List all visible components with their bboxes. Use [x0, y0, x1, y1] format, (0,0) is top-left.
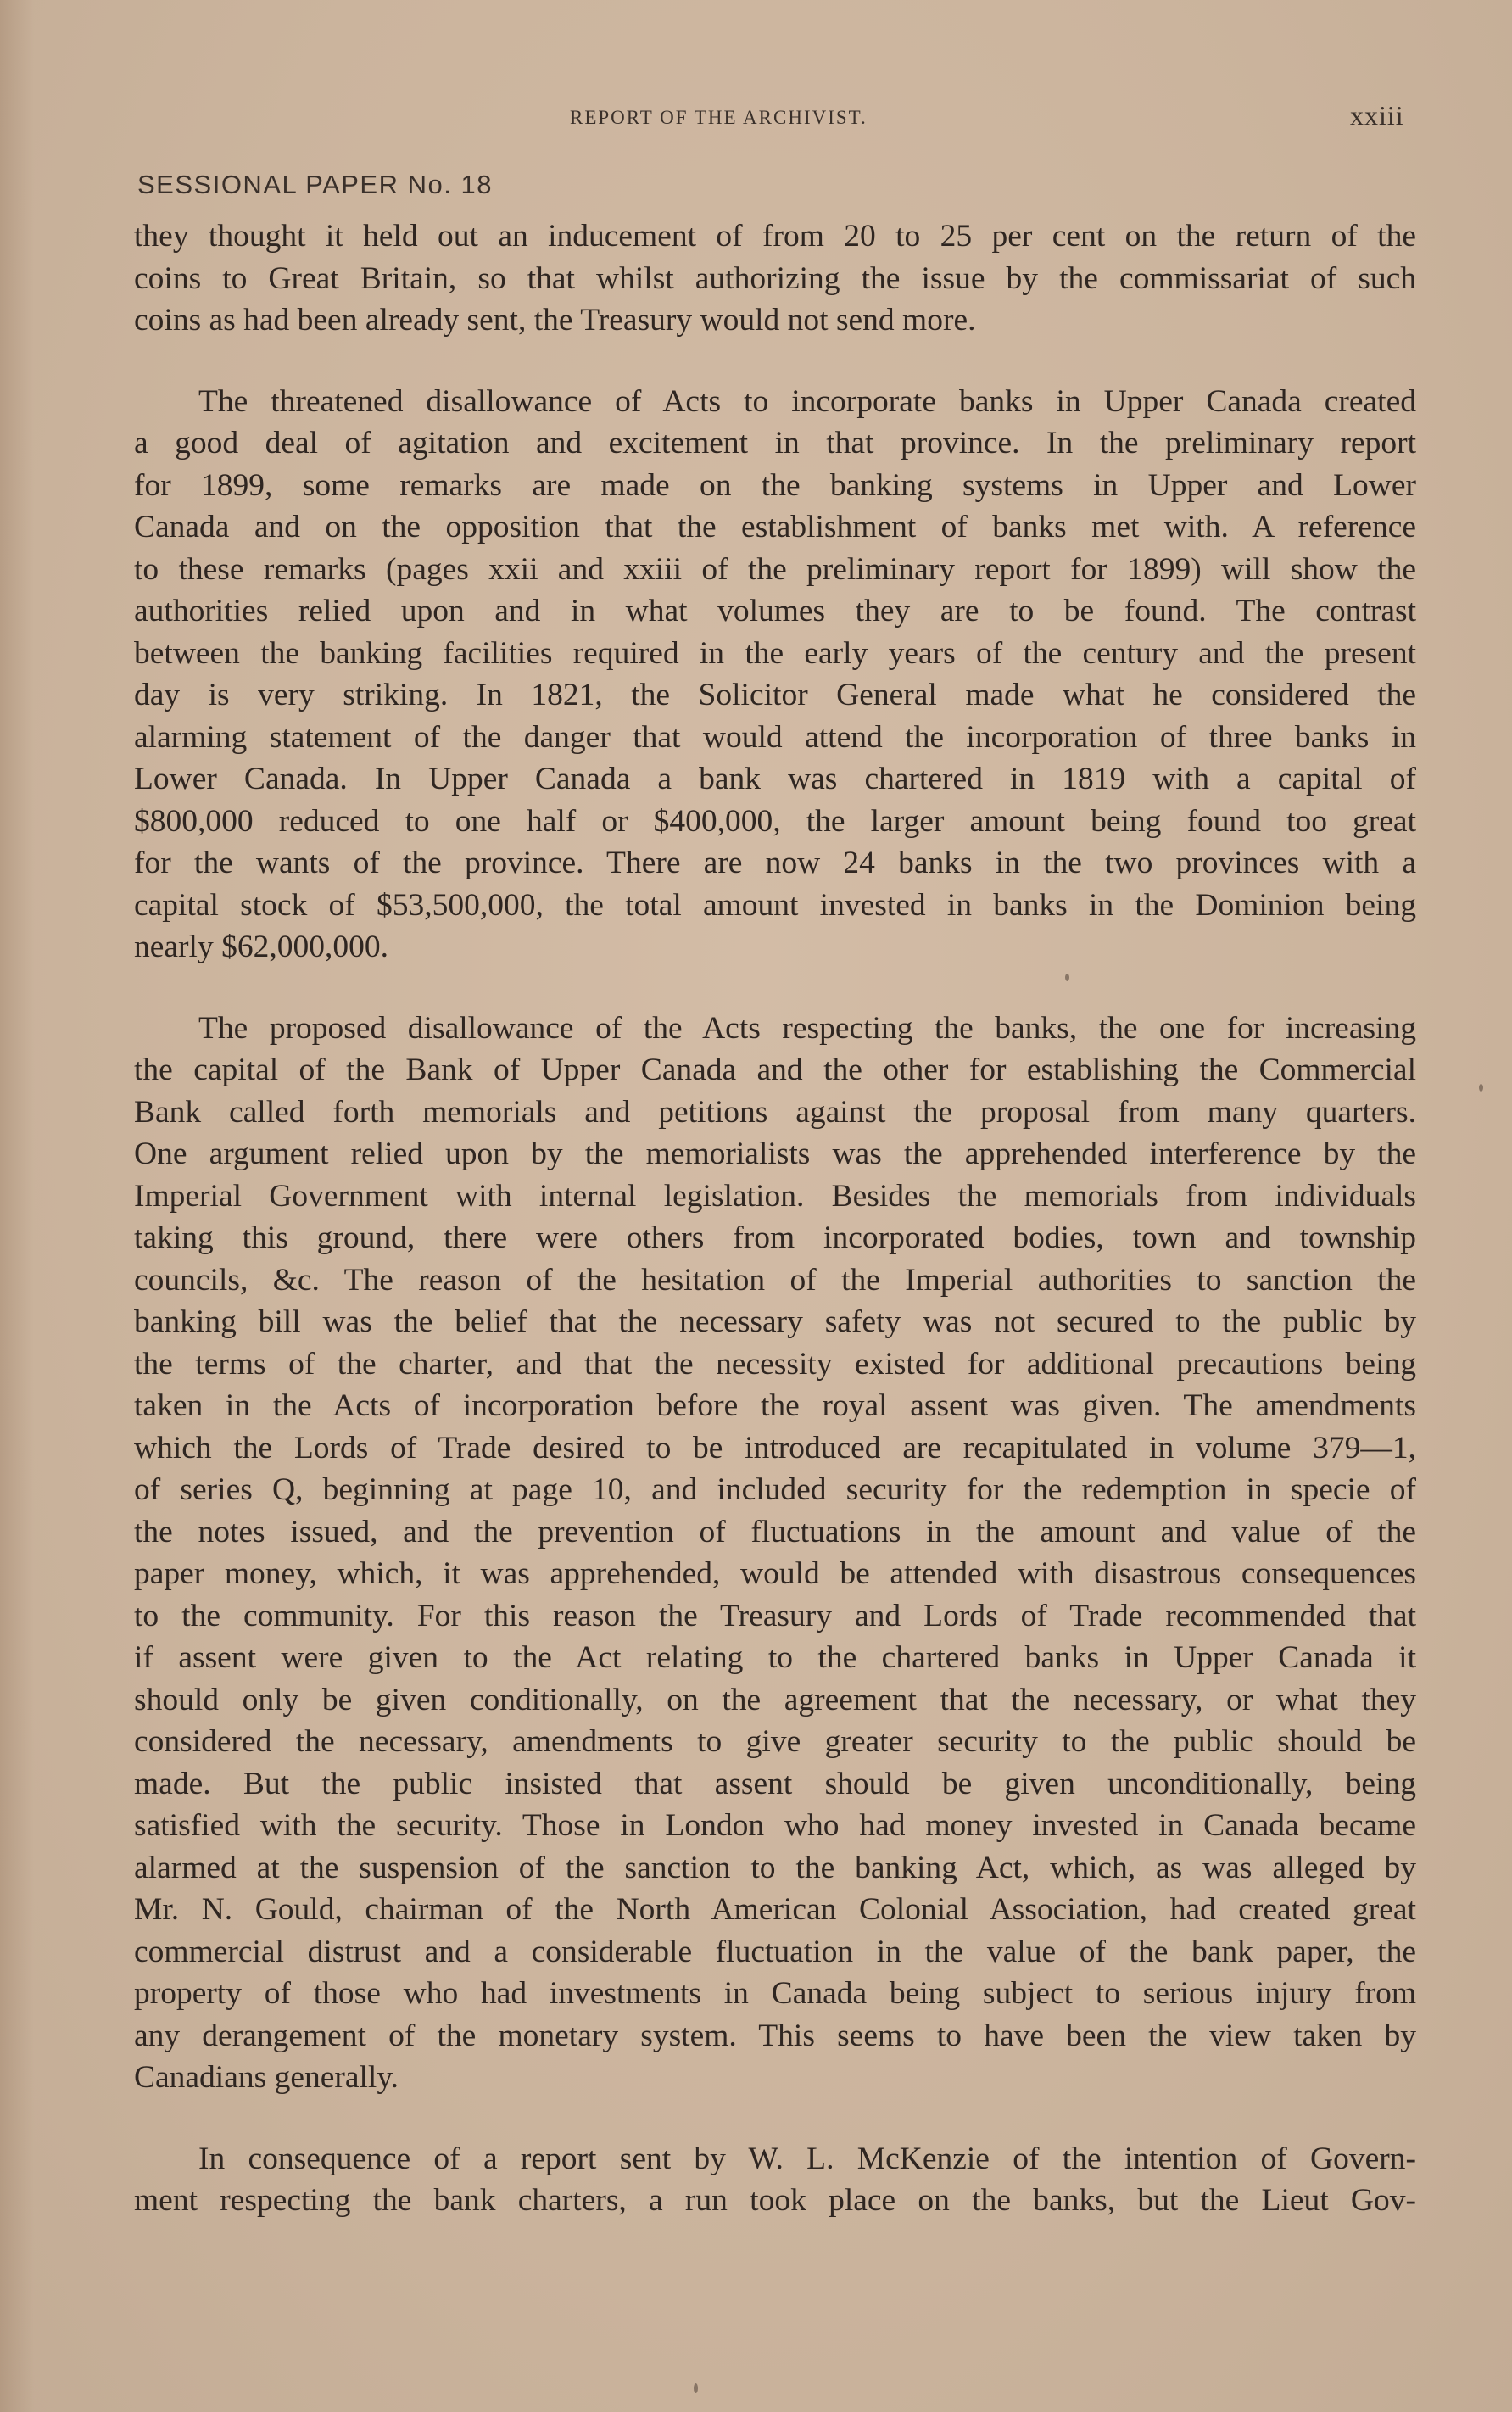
paragraph-2: The threatened disallowance of Acts to i…: [134, 381, 1416, 969]
paragraph-4: In consequence of a report sent by W. L.…: [134, 2138, 1416, 2222]
text-line: nearly $62,000,000.: [134, 926, 1416, 969]
text-line: $800,000 reduced to one half or $400,000…: [134, 801, 1416, 843]
text-line: capital stock of $53,500,000, the total …: [134, 885, 1416, 927]
text-line: coins to Great Britain, so that whilst a…: [134, 258, 1416, 300]
text-line: should only be given conditionally, on t…: [134, 1679, 1416, 1722]
text-line: made. But the public insisted that assen…: [134, 1763, 1416, 1806]
text-line: a good deal of agitation and excitement …: [134, 422, 1416, 465]
text-line: coins as had been already sent, the Trea…: [134, 299, 1416, 342]
running-head: REPORT OF THE ARCHIVIST. xxiii: [0, 100, 1512, 134]
text-line: taking this ground, there were others fr…: [134, 1217, 1416, 1259]
text-line: alarmed at the suspension of the sanctio…: [134, 1847, 1416, 1890]
text-line: of series Q, beginning at page 10, and i…: [134, 1469, 1416, 1511]
text-line: The proposed disallowance of the Acts re…: [134, 1008, 1416, 1050]
text-line: for the wants of the province. There are…: [134, 842, 1416, 885]
text-line: taken in the Acts of incorporation befor…: [134, 1385, 1416, 1427]
text-line: they thought it held out an inducement o…: [134, 215, 1416, 258]
paper-speck: [1065, 974, 1069, 981]
text-line: property of those who had investments in…: [134, 1973, 1416, 2015]
text-line: considered the necessary, amendments to …: [134, 1721, 1416, 1763]
text-line: day is very striking. In 1821, the Solic…: [134, 674, 1416, 717]
text-line: banking bill was the belief that the nec…: [134, 1301, 1416, 1343]
text-line: paper money, which, it was apprehended, …: [134, 1553, 1416, 1595]
text-line: In consequence of a report sent by W. L.…: [134, 2138, 1416, 2180]
text-line: Imperial Government with internal legisl…: [134, 1175, 1416, 1218]
body-text: they thought it held out an inducement o…: [134, 215, 1416, 2222]
text-line: One argument relied upon by the memorial…: [134, 1133, 1416, 1175]
text-line: authorities relied upon and in what volu…: [134, 590, 1416, 633]
text-line: Canada and on the opposition that the es…: [134, 506, 1416, 549]
text-line: ment respecting the bank charters, a run…: [134, 2180, 1416, 2222]
paper-speck: [1479, 1084, 1483, 1092]
text-line: to these remarks (pages xxii and xxiii o…: [134, 549, 1416, 591]
text-line: Bank called forth memorials and petition…: [134, 1092, 1416, 1134]
text-line: between the banking facilities required …: [134, 633, 1416, 675]
text-line: the terms of the charter, and that the n…: [134, 1343, 1416, 1386]
paragraph-1: they thought it held out an inducement o…: [134, 215, 1416, 342]
text-line: Lower Canada. In Upper Canada a bank was…: [134, 758, 1416, 801]
text-line: councils, &c. The reason of the hesitati…: [134, 1259, 1416, 1302]
running-title: REPORT OF THE ARCHIVIST.: [570, 107, 868, 129]
text-line: if assent were given to the Act relating…: [134, 1637, 1416, 1679]
text-line: the notes issued, and the prevention of …: [134, 1511, 1416, 1554]
page-number: xxiii: [1350, 100, 1404, 131]
text-line: The threatened disallowance of Acts to i…: [134, 381, 1416, 423]
text-line: satisfied with the security. Those in Lo…: [134, 1805, 1416, 1847]
text-line: the capital of the Bank of Upper Canada …: [134, 1049, 1416, 1092]
paper-speck: [694, 2383, 698, 2393]
text-line: alarming statement of the danger that wo…: [134, 717, 1416, 759]
text-line: commercial distrust and a considerable f…: [134, 1931, 1416, 1974]
sessional-paper-label: SESSIONAL PAPER No. 18: [137, 170, 493, 200]
text-line: to the community. For this reason the Tr…: [134, 1595, 1416, 1638]
text-line: Canadians generally.: [134, 2057, 1416, 2099]
text-line: which the Lords of Trade desired to be i…: [134, 1427, 1416, 1470]
paragraph-3: The proposed disallowance of the Acts re…: [134, 1008, 1416, 2099]
text-line: Mr. N. Gould, chairman of the North Amer…: [134, 1889, 1416, 1931]
text-line: any derangement of the monetary system. …: [134, 2015, 1416, 2057]
scanned-page: REPORT OF THE ARCHIVIST. xxiii SESSIONAL…: [0, 0, 1512, 2412]
text-line: for 1899, some remarks are made on the b…: [134, 465, 1416, 507]
